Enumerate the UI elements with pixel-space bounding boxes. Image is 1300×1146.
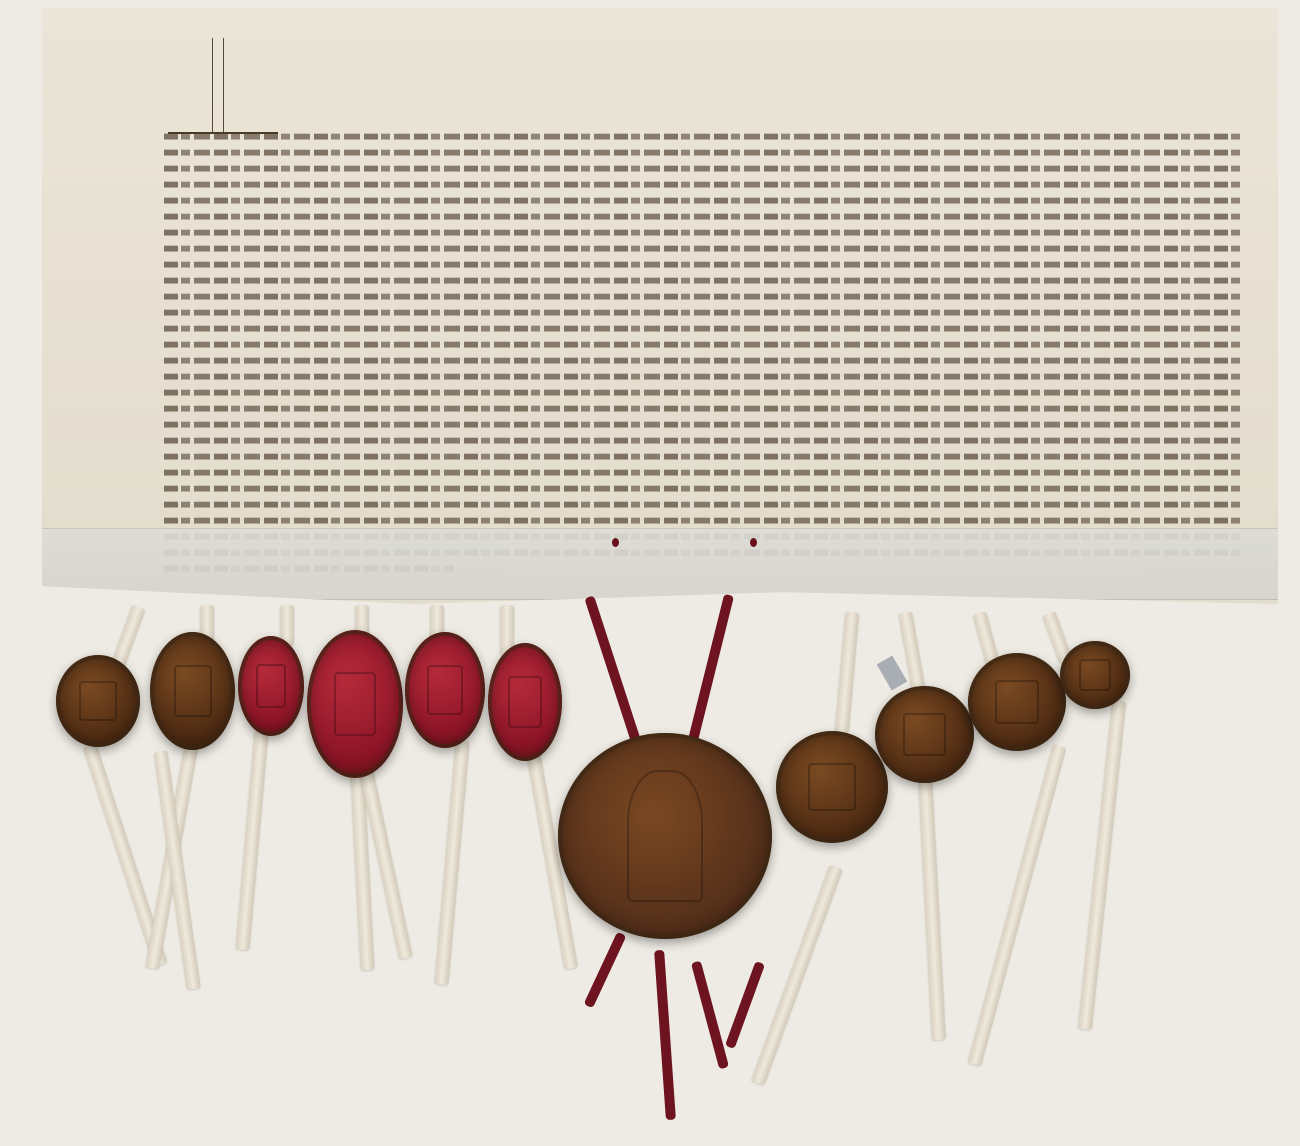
- wax-stain: [750, 538, 757, 547]
- charter-text: Latin charter text (illegible at this re…: [164, 130, 1244, 578]
- silk-cord: [584, 932, 627, 1009]
- wax-seal-8-heraldic: [776, 731, 888, 843]
- seal-tag: [235, 730, 268, 950]
- wax-seal-5: [405, 632, 485, 748]
- great-seal-enthroned-figure: [558, 733, 772, 939]
- wax-seal-9-heraldic: [875, 686, 974, 783]
- wax-seal-2: [150, 632, 235, 750]
- seal-tag: [835, 612, 859, 733]
- wax-seal-6: [488, 643, 562, 761]
- seal-tag: [918, 780, 946, 1040]
- seal-tag: [434, 740, 469, 985]
- wax-seal-4: [307, 630, 403, 778]
- parchment-charter: Latin charter text (illegible at this re…: [42, 8, 1278, 604]
- wax-stain: [612, 538, 619, 547]
- seal-tag: [751, 865, 843, 1086]
- silk-cord: [691, 961, 729, 1070]
- silk-cord: [725, 961, 765, 1049]
- seal-tag: [968, 744, 1067, 1066]
- wax-seal-1: [56, 655, 140, 747]
- silk-cord: [654, 950, 676, 1120]
- wax-seal-10-eagle: [968, 653, 1066, 751]
- wax-seal-3: [238, 636, 304, 736]
- plica-fold: [42, 528, 1278, 600]
- wax-seal-11: [1060, 641, 1130, 709]
- grey-label-tag: [877, 656, 908, 691]
- decorated-initial: [212, 38, 224, 134]
- seal-tag: [1078, 700, 1126, 1030]
